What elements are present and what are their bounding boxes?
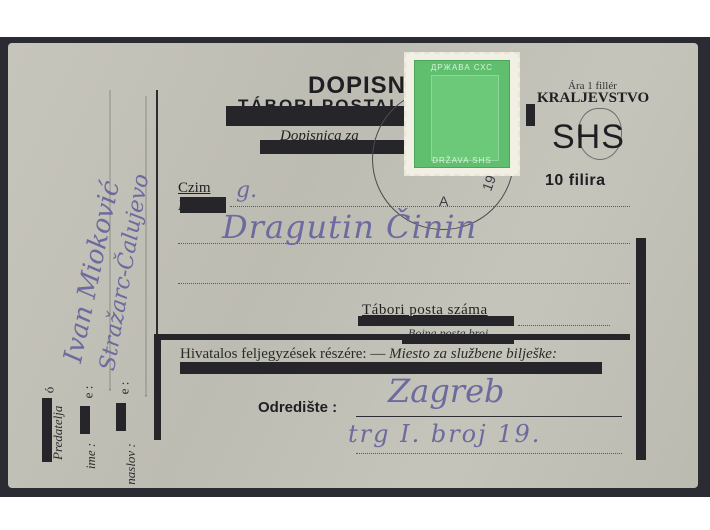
field-post-line xyxy=(518,325,610,326)
strike-bar xyxy=(402,334,514,344)
handwritten-addressee: Dragutin Činin xyxy=(222,208,477,246)
official-notes-label-hu: Hivatalos feljegyzések részére: — xyxy=(180,346,385,362)
address-line xyxy=(230,206,630,207)
handwritten-initial: g. xyxy=(236,178,257,203)
destination-line xyxy=(356,416,622,417)
country-label: SHS xyxy=(552,118,625,157)
strike-bar xyxy=(180,197,226,213)
sender-ime-label: ime : xyxy=(83,443,99,469)
sender-struck-prefix-2: e : xyxy=(80,386,96,399)
handwritten-city: Zagreb xyxy=(388,372,505,410)
strike-bar xyxy=(80,406,90,434)
divider-vertical-bar xyxy=(154,335,161,440)
destination-label: Odredište : xyxy=(258,399,337,416)
stamp-top-legend: ДРЖАВА СХС xyxy=(415,63,509,72)
right-strike-bar xyxy=(636,238,646,460)
official-notes-label-hr: Miesto za službene bilješke: xyxy=(389,346,557,362)
postage-stamp: ДРЖАВА СХС DRŽAVA SHS xyxy=(404,52,520,176)
strike-bar xyxy=(526,104,535,126)
sender-struck-prefix-1: ó xyxy=(41,387,57,394)
kingdom-label: KRALJEVSTVO xyxy=(537,90,649,107)
divider-horizontal-bar xyxy=(154,334,630,340)
official-notes-label: Hivatalos feljegyzések részére: — Miesto… xyxy=(180,346,557,363)
strike-bar xyxy=(116,403,126,431)
address-line xyxy=(178,283,630,284)
stamp-bottom-legend: DRŽAVA SHS xyxy=(415,156,509,165)
handwritten-street: trg I. broj 19. xyxy=(348,420,541,448)
stamp-figure-icon xyxy=(431,75,499,161)
strike-bar xyxy=(226,106,406,126)
czim-label: Czim xyxy=(178,180,211,197)
strike-bar xyxy=(358,316,514,326)
sender-naslov-label: naslov : xyxy=(123,443,139,485)
sender-struck-prefix-3: e : xyxy=(116,382,132,395)
destination-line xyxy=(356,453,622,454)
value-label: 10 filira xyxy=(545,172,606,190)
